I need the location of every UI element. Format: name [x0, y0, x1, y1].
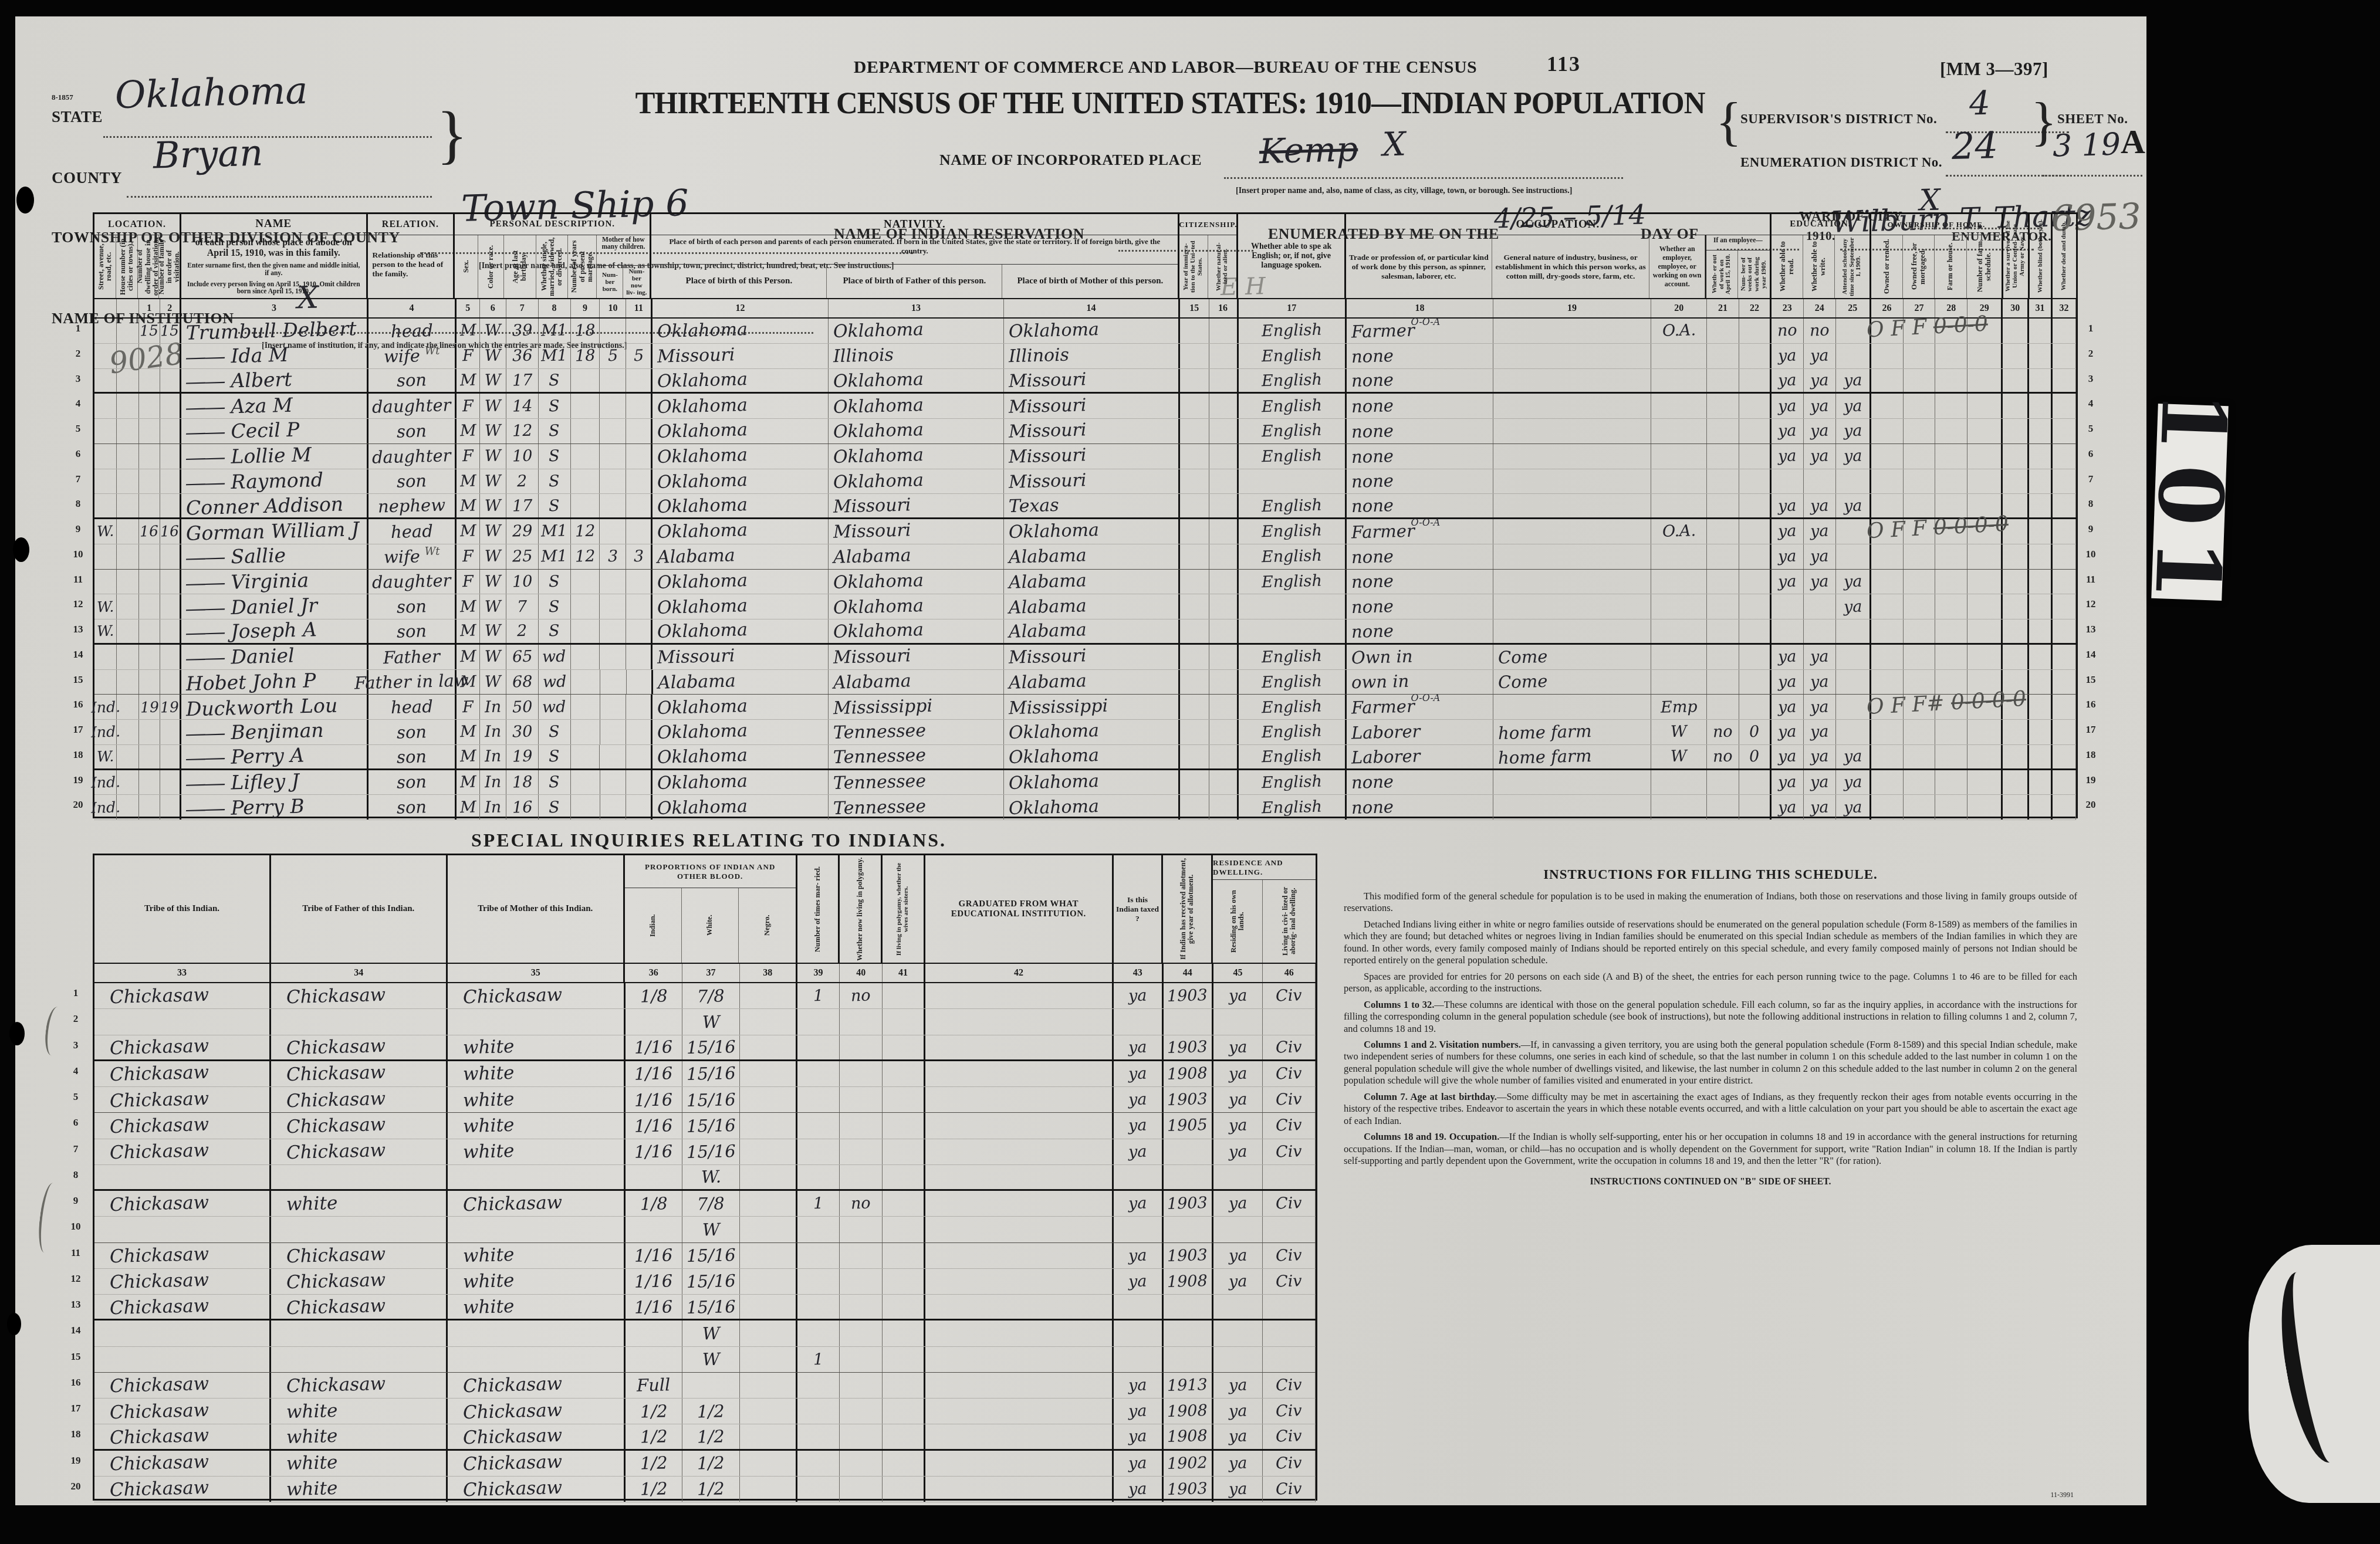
cell: [1263, 1009, 1316, 1034]
cell: ya: [1836, 795, 1871, 820]
cell: Ind.: [94, 695, 117, 719]
cell: [1180, 745, 1209, 768]
cell: W: [480, 419, 506, 443]
cell: [1739, 570, 1772, 594]
cell: [2003, 770, 2029, 795]
cell: 17: [506, 369, 539, 392]
cell: [2003, 419, 2029, 443]
cell: ―― Perry B: [181, 795, 369, 820]
cell: [1871, 469, 1904, 494]
person-row: W.1616Gorman William JheadMW29M112Oklaho…: [94, 519, 2076, 544]
cell: [626, 770, 653, 795]
cell: [2053, 645, 2076, 669]
instructions-body: This modified form of the general schedu…: [1344, 890, 2077, 1167]
margin-row-number: 3: [69, 373, 87, 385]
indian-row: ChickasawwhiteChickasaw1/21/2ya1908yaCiv: [94, 1399, 1316, 1424]
margin-row-number: 18: [69, 749, 87, 761]
cell: S: [539, 494, 571, 517]
cell: [160, 444, 181, 469]
cell: ―― Perry A: [181, 745, 369, 768]
margin-row-number: 2: [69, 348, 87, 360]
cell: [840, 1320, 883, 1346]
cell: [1935, 570, 1967, 594]
cell: [600, 594, 626, 619]
margin-row-number: 9: [67, 1195, 84, 1207]
cell: 1908: [1164, 1061, 1213, 1086]
person-row: W.―― Perry AsonMIn19SOklahomaTennesseeOk…: [94, 745, 2076, 770]
cell: [740, 1191, 797, 1216]
cell: Oklahoma: [653, 469, 828, 494]
cell: none: [1347, 469, 1493, 494]
cell: [1967, 670, 2003, 695]
cell: head: [369, 319, 457, 343]
incorporated-struck-value: Kemp: [1259, 129, 1358, 171]
margin-row-number: 19: [69, 774, 87, 786]
cell: [1871, 770, 1904, 795]
cell: [2053, 695, 2076, 719]
cell: ―― Albert: [181, 369, 369, 392]
cell: [1209, 770, 1239, 795]
cell: ―― Benjiman: [181, 720, 369, 744]
cell: [1209, 419, 1239, 443]
cell: [1904, 619, 1936, 643]
cell: [925, 1139, 1114, 1164]
cell: [94, 1320, 271, 1346]
cell: [139, 770, 160, 795]
cell: [1114, 1295, 1164, 1319]
cell: [1164, 1295, 1213, 1319]
cell: [883, 1009, 925, 1034]
col-english-label: Whether able to spe ak English; or, if n…: [1238, 214, 1344, 298]
cell: [139, 394, 160, 418]
cell: [139, 745, 160, 768]
cell: Full: [626, 1373, 683, 1398]
cell: [797, 1217, 840, 1242]
cell: [740, 1035, 797, 1059]
cell: ya: [1213, 1424, 1263, 1448]
column-number: 2: [160, 299, 181, 317]
column-number: 3: [181, 299, 369, 317]
group-occupation: OCCUPATION. Trade or profession of, or p…: [1346, 214, 1772, 298]
cell: Own in: [1347, 645, 1493, 669]
cell: [626, 594, 653, 619]
cell: Texas: [1004, 494, 1179, 517]
person-row: W.―― Joseph AsonMW2SOklahomaOklahomaAlab…: [94, 619, 2076, 645]
cell: [1739, 394, 1772, 418]
cell: [1209, 494, 1239, 517]
cell: Missouri: [829, 645, 1004, 669]
column-number: 14: [1004, 299, 1179, 317]
cell: white: [448, 1295, 625, 1319]
indian-row: ChickasawChickasawwhite1/1615/16: [94, 1295, 1316, 1320]
group-personal: PERSONAL DESCRIPTION. Sex. Color or race…: [455, 214, 651, 298]
cell: ya: [1772, 745, 1804, 768]
cell: [1967, 645, 2003, 669]
cell: [1836, 619, 1871, 643]
cell: M: [457, 645, 480, 669]
group-nativity-title: NATIVITY.: [651, 214, 1178, 235]
col-owned-label: Owned or rented.: [1873, 237, 1901, 296]
cell: [94, 444, 117, 469]
cell: [883, 1477, 925, 1502]
cell: W: [480, 570, 506, 594]
cell: [1651, 344, 1707, 368]
cell: [271, 1009, 448, 1034]
cell: Emp: [1651, 695, 1707, 719]
cell: [797, 1061, 840, 1086]
col-tribe-mother-label: Tribe of Mother of this Indian.: [448, 855, 623, 963]
cell: [2029, 319, 2053, 343]
cell: [1180, 494, 1209, 517]
cell: W: [682, 1320, 740, 1346]
cell: [626, 1347, 683, 1372]
cell: Tennessee: [829, 795, 1004, 820]
cell: [1772, 594, 1804, 619]
cell: [448, 1009, 625, 1034]
cell: [1239, 619, 1347, 643]
cell: [571, 469, 600, 494]
cell: 16: [506, 795, 539, 820]
cell: 65: [506, 645, 539, 669]
indian-row: ChickasawwhiteChickasaw1/21/2ya1903yaCiv: [94, 1477, 1316, 1502]
col-children-living-label: Num- ber now liv- ing.: [623, 266, 650, 298]
cell: [925, 983, 1114, 1008]
indian-rows: ChickasawChickasawChickasaw1/87/81noya19…: [94, 983, 1316, 1502]
cell: [139, 670, 160, 695]
cell: [840, 1009, 883, 1034]
instructions-title: INSTRUCTIONS FOR FILLING THIS SCHEDULE.: [1344, 867, 2077, 882]
person-row: Conner AddisonnephewMW17SOklahomaMissour…: [94, 494, 2076, 519]
incorporated-label: NAME OF INCORPORATED PLACE: [939, 151, 1202, 169]
cell: [1651, 670, 1707, 695]
indian-row: W: [94, 1320, 1316, 1346]
cell: Oklahoma: [829, 594, 1004, 619]
cell: 1/16: [626, 1139, 683, 1164]
indian-row: ChickasawChickasawwhite1/1615/16ya1903ya…: [94, 1243, 1316, 1269]
cell: [571, 645, 600, 669]
column-number: 29: [1967, 299, 2003, 317]
cell: M: [457, 369, 480, 392]
group-proportions-title: PROPORTIONS OF INDIAN AND OTHER BLOOD.: [625, 855, 796, 888]
cell: ya: [1772, 795, 1804, 820]
sheet-letter: A: [2121, 122, 2145, 161]
column-number: 45: [1213, 964, 1263, 982]
cell: Civ: [1263, 1035, 1316, 1059]
indian-table-header: Tribe of this Indian. Tribe of Father of…: [94, 855, 1316, 964]
cell: [1707, 319, 1739, 343]
cell: [139, 369, 160, 392]
person-row: ―― DanielFatherMW65wdMissouriMissouriMis…: [94, 645, 2076, 670]
column-number: [94, 299, 117, 317]
cell: [1904, 369, 1936, 392]
cell: 16: [160, 519, 181, 544]
group-relation: RELATION. Relationship of this person to…: [368, 214, 455, 298]
cell: Hobet John P: [181, 670, 369, 695]
cell: [2003, 795, 2029, 820]
cell: [1871, 745, 1904, 768]
cell: 3: [600, 544, 626, 569]
cell: [600, 444, 626, 469]
cell: 5: [626, 344, 653, 368]
cell: [740, 1113, 797, 1138]
cell: Oklahoma: [653, 619, 828, 643]
margin-row-number: 7: [2082, 473, 2100, 485]
incorporated-line: [1224, 177, 1623, 179]
cell: W: [480, 494, 506, 517]
cell: [1871, 670, 1904, 695]
cell: [840, 1087, 883, 1112]
cell: ya: [1804, 695, 1836, 719]
cell: Missouri: [1004, 444, 1179, 469]
cell: 15/16: [682, 1269, 740, 1294]
cell: Missouri: [1004, 394, 1179, 418]
cell: Ind.: [94, 720, 117, 744]
col-employer-label: Whether an employer, employee, or workin…: [1649, 235, 1705, 298]
person-row: ―― Cecil PsonMW12SOklahomaOklahomaMissou…: [94, 419, 2076, 444]
cell: ya: [1804, 544, 1836, 569]
cell: ya: [1836, 419, 1871, 443]
cell: [160, 745, 181, 768]
cell: [1651, 645, 1707, 669]
cell: [571, 494, 600, 517]
cell: [626, 1009, 683, 1034]
column-number: 22: [1739, 299, 1772, 317]
cell: [2053, 319, 2076, 343]
cell: W.: [94, 594, 117, 619]
indian-row: ChickasawwhiteChickasaw1/87/81noya1903ya…: [94, 1191, 1316, 1217]
cell: [1493, 419, 1652, 443]
cell: [1871, 544, 1904, 569]
cell: 1/2: [682, 1399, 740, 1424]
cell: Chickasaw: [94, 1399, 271, 1424]
cell: [139, 444, 160, 469]
cell: white: [448, 1087, 625, 1112]
cell: [925, 1217, 1114, 1242]
cell: 16: [139, 519, 160, 544]
margin-row-number: 8: [2082, 498, 2100, 510]
cell: ya: [1804, 795, 1836, 820]
cell: [117, 444, 139, 469]
cell: 1/16: [626, 1061, 683, 1086]
cell: [571, 444, 600, 469]
cell: [1180, 369, 1209, 392]
cell: [1209, 544, 1239, 569]
cell: [600, 645, 626, 669]
cell: [740, 1399, 797, 1424]
cell: [2029, 544, 2053, 569]
cell: [139, 795, 160, 820]
cell: [2029, 795, 2053, 820]
cell: Missouri: [1004, 469, 1179, 494]
cell: [1114, 1165, 1164, 1189]
cell: ya: [1213, 983, 1263, 1008]
margin-row-number: 15: [67, 1351, 84, 1363]
cell: [117, 544, 139, 569]
margin-row-number: 12: [2082, 598, 2100, 610]
cell: Chickasaw: [94, 1139, 271, 1164]
cell: 7/8: [682, 983, 740, 1008]
cell: [2003, 619, 2029, 643]
cell: Chickasaw: [448, 983, 625, 1008]
cell: 1902: [1164, 1451, 1213, 1476]
cell: W: [480, 344, 506, 368]
cell: [1180, 795, 1209, 820]
person-row: ―― RaymondsonMW2SOklahomaOklahomaMissour…: [94, 469, 2076, 495]
punch-hole: [13, 537, 29, 562]
column-number: 27: [1904, 299, 1936, 317]
cell: [1904, 494, 1936, 517]
cell: [117, 519, 139, 544]
instructions-paragraph: Column 7. Age at last birthday.—Some dif…: [1344, 1091, 2077, 1127]
cell: ya: [1836, 745, 1871, 768]
cell: white: [448, 1139, 625, 1164]
cell: [571, 745, 600, 768]
col-write-label: Whether able to write.: [1805, 237, 1833, 296]
cell: [571, 770, 600, 795]
column-number: 15: [1180, 299, 1209, 317]
cell: [1935, 745, 1967, 768]
cell: son: [369, 369, 457, 392]
cell: [1904, 469, 1936, 494]
column-number: 19: [1493, 299, 1652, 317]
cell: English: [1239, 369, 1347, 392]
col-trade-label: Trade or profession of, or particular ki…: [1346, 235, 1492, 298]
cell: S: [539, 394, 571, 418]
cell: [1213, 1217, 1263, 1242]
cell: W: [480, 444, 506, 469]
col-age-label: Age at last birthday.: [506, 237, 533, 296]
cell: [1209, 670, 1239, 695]
column-number: 30: [2003, 299, 2029, 317]
cell: [2003, 745, 2029, 768]
cell: [883, 1320, 925, 1346]
indian-row: W1: [94, 1347, 1316, 1373]
cell: [2029, 570, 2053, 594]
cell: [1967, 319, 2003, 343]
margin-row-number: 13: [69, 624, 87, 635]
cell: [883, 1087, 925, 1112]
cell: [925, 1113, 1114, 1138]
cell: [117, 795, 139, 820]
cell: English: [1239, 670, 1347, 695]
punch-hole: [16, 187, 34, 214]
cell: ya: [1804, 444, 1836, 469]
person-row: Ind.―― BenjimansonMIn30SOklahomaTennesse…: [94, 720, 2076, 745]
cell: [139, 594, 160, 619]
col-read-label: Whether able to read.: [1773, 237, 1801, 296]
cell: W: [480, 369, 506, 392]
cell: 15/16: [682, 1243, 740, 1268]
cell: [117, 670, 139, 695]
cell: [1180, 594, 1209, 619]
cell: Alabama: [1004, 594, 1179, 619]
cell: 1/2: [682, 1477, 740, 1502]
cell: [840, 1035, 883, 1059]
cell: none: [1347, 594, 1493, 619]
cell: [626, 695, 653, 719]
cell: [2003, 695, 2029, 719]
cell: Civ: [1263, 1451, 1316, 1476]
cell: Civ: [1263, 1139, 1316, 1164]
cell: [840, 1269, 883, 1294]
group-residence-title: RESIDENCE AND DWELLING.: [1213, 855, 1316, 880]
cell: 1/2: [682, 1451, 740, 1476]
cell: [925, 1087, 1114, 1112]
cell: English: [1239, 544, 1347, 569]
col-industry-label: General nature of industry, business, or…: [1492, 235, 1649, 298]
cell: [1707, 344, 1739, 368]
column-number: 18: [1347, 299, 1493, 317]
cell: English: [1239, 519, 1347, 544]
cell: [1263, 1347, 1316, 1372]
cell: 1/8: [626, 1191, 683, 1216]
cell: [94, 394, 117, 418]
cell: [1651, 444, 1707, 469]
cell: wd: [539, 695, 571, 719]
cell: no: [1804, 319, 1836, 343]
cell: [797, 1165, 840, 1189]
cell: F: [457, 570, 480, 594]
cell: [1935, 394, 1967, 418]
cell: Alabama: [653, 670, 829, 695]
cell: English: [1239, 770, 1347, 795]
cell: [1935, 594, 1967, 619]
cell: Civ: [1263, 1087, 1316, 1112]
cell: home farm: [1493, 745, 1652, 768]
district-brace-left: {: [1716, 90, 1742, 153]
cell: ya: [1114, 1087, 1164, 1112]
cell: 18: [571, 344, 600, 368]
cell: [1180, 645, 1209, 669]
subgroup-mother-title: Mother of how many children.: [597, 235, 650, 266]
cell: [600, 695, 627, 719]
cell: [626, 369, 653, 392]
cell: [883, 1269, 925, 1294]
cell: [2053, 444, 2076, 469]
cell: no: [840, 983, 883, 1008]
punch-hole: [7, 1313, 21, 1335]
column-number: 1: [139, 299, 160, 317]
group-location: LOCATION. Street, avenue, road, etc. Hou…: [94, 214, 181, 298]
cell: [2003, 670, 2029, 695]
cell: 1/8: [626, 983, 683, 1008]
cell: [1904, 544, 1936, 569]
column-number: 4: [369, 299, 457, 317]
cell: [1935, 720, 1967, 744]
cell: S: [539, 570, 571, 594]
instructions-paragraph: Columns 18 and 19. Occupation.—If the In…: [1344, 1131, 2077, 1167]
cell: [797, 1009, 840, 1034]
cell: [1904, 419, 1936, 443]
cell: [840, 1424, 883, 1448]
person-row: ―― AlbertsonMW17SOklahomaOklahomaMissour…: [94, 369, 2076, 394]
cell: W: [480, 594, 506, 619]
special-inquiries-title: SPECIAL INQUIRIES RELATING TO INDIANS.: [93, 829, 1325, 851]
cell: O.A.: [1651, 319, 1707, 343]
cell: [2003, 570, 2029, 594]
cell: 18: [571, 319, 600, 343]
supervisor-label: SUPERVISOR'S DISTRICT No.: [1740, 111, 1937, 127]
cell: [1707, 594, 1739, 619]
cell: [797, 1113, 840, 1138]
cell: Chickasaw: [271, 983, 448, 1008]
cell: ya: [1772, 645, 1804, 669]
cell: Civ: [1263, 1113, 1316, 1138]
indian-row: ChickasawChickasawwhite1/1615/16yayaCiv: [94, 1139, 1316, 1165]
cell: Chickasaw: [448, 1477, 625, 1502]
cell: [600, 494, 626, 517]
cell: [1707, 645, 1739, 669]
